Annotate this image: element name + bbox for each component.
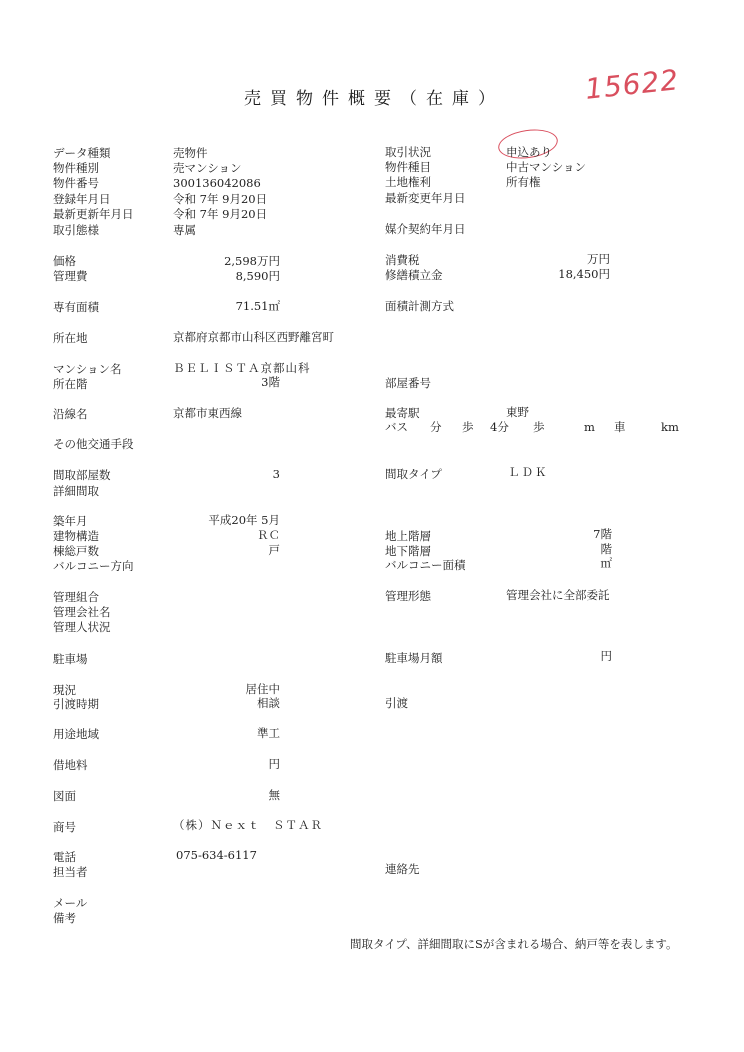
value-nearest-station: 東野 — [506, 405, 529, 419]
label-management-fee: 管理費 — [53, 269, 88, 283]
value-mansion-name: ＢＥＬＩＳＴＡ京都山科 — [173, 361, 311, 375]
handwritten-number: 15622 — [584, 63, 681, 106]
label-detail-layout: 詳細間取 — [53, 484, 99, 498]
label-handover: 引渡 — [385, 696, 408, 710]
label-balcony-dir: バルコニー方向 — [53, 559, 134, 573]
value-land-right: 所有権 — [506, 175, 541, 189]
value-structure: ＲＣ — [180, 528, 280, 542]
value-total-units: 戸 — [180, 543, 280, 557]
label-latest-change: 最新変更年月日 — [385, 191, 466, 205]
label-updated-date: 最新更新年月日 — [53, 207, 134, 221]
label-mail: メール — [53, 896, 87, 910]
label-brokerage-date: 媒介契約年月日 — [385, 222, 466, 236]
label-drawing: 図面 — [53, 789, 76, 803]
value-current-status: 居住中 — [180, 682, 280, 696]
value-zoning: 準工 — [180, 726, 280, 740]
label-current-status: 現況 — [53, 683, 76, 697]
value-deal-form: 専属 — [173, 223, 196, 237]
label-exclusive-area: 専有面積 — [53, 300, 99, 314]
access-km: km — [661, 420, 679, 434]
access-walk1: 歩 — [462, 420, 474, 434]
label-consumption-tax: 消費税 — [385, 253, 420, 267]
label-built: 築年月 — [53, 514, 88, 528]
label-registered-date: 登録年月日 — [53, 192, 111, 206]
value-management-fee: 8,590円 — [180, 269, 280, 283]
label-deal-status: 取引状況 — [385, 145, 431, 159]
value-handover-time: 相談 — [180, 696, 280, 710]
label-repair-reserve: 修繕積立金 — [385, 268, 443, 282]
label-room-count: 間取部屋数 — [53, 468, 111, 482]
label-handover-time: 引渡時期 — [53, 697, 99, 711]
value-consumption-tax: 万円 — [500, 252, 610, 266]
label-layout-type: 間取タイプ — [385, 467, 442, 481]
label-other-transport: その他交通手段 — [53, 437, 134, 451]
label-deal-form: 取引態様 — [53, 223, 99, 237]
label-mgmt-form: 管理形態 — [385, 589, 431, 603]
label-mgmt-company: 管理会社名 — [53, 605, 111, 619]
value-property-kind: 売マンション — [173, 161, 241, 175]
access-walk-min: 4分 — [490, 420, 509, 434]
label-manager-status: 管理人状況 — [53, 620, 111, 634]
value-built: 平成20年 5月 — [180, 513, 280, 527]
label-mgmt-union: 管理組合 — [53, 590, 99, 604]
value-exclusive-area: 71.51㎡ — [180, 299, 280, 313]
value-floor: 3階 — [180, 375, 280, 389]
label-above-floors: 地上階層 — [385, 529, 431, 543]
label-parking: 駐車場 — [53, 652, 88, 666]
label-area-method: 面積計測方式 — [385, 299, 454, 313]
label-balcony-area: バルコニー面積 — [385, 558, 466, 572]
value-above-floors: 7階 — [500, 527, 612, 541]
label-property-kind: 物件種別 — [53, 161, 99, 175]
value-parking-fee: 円 — [500, 649, 612, 663]
label-remarks: 備考 — [53, 911, 76, 925]
footer-note: 間取タイプ、詳細間取にSが含まれる場合、納戸等を表します。 — [350, 937, 677, 951]
label-room-no: 部屋番号 — [385, 376, 431, 390]
label-below-floors: 地下階層 — [385, 544, 431, 558]
label-location: 所在地 — [53, 331, 88, 345]
label-price: 価格 — [53, 254, 76, 268]
label-phone: 電話 — [53, 850, 76, 864]
label-property-no: 物件番号 — [53, 176, 99, 190]
label-contact: 連絡先 — [385, 862, 420, 876]
label-data-type: データ種類 — [53, 146, 111, 160]
label-land-rent: 借地料 — [53, 758, 88, 772]
label-company: 商号 — [53, 820, 76, 834]
label-nearest-station: 最寄駅 — [385, 406, 420, 420]
access-bus-min: 分 — [430, 420, 442, 434]
value-deal-status: 申込あり — [506, 145, 552, 159]
access-bus: バス — [385, 420, 408, 434]
label-zoning: 用途地域 — [53, 727, 99, 741]
label-property-item: 物件種目 — [385, 160, 431, 174]
value-land-rent: 円 — [180, 757, 280, 771]
value-below-floors: 階 — [500, 542, 612, 556]
label-person: 担当者 — [53, 865, 88, 879]
access-m: m — [584, 420, 595, 434]
value-line-name: 京都市東西線 — [173, 406, 242, 420]
value-room-count: 3 — [180, 467, 280, 481]
label-land-right: 土地権利 — [385, 175, 431, 189]
label-structure: 建物構造 — [53, 529, 99, 543]
value-property-no: 300136042086 — [173, 176, 261, 190]
value-price: 2,598万円 — [180, 254, 280, 268]
value-updated-date: 令和 7年 9月20日 — [173, 207, 267, 221]
value-drawing: 無 — [180, 788, 280, 802]
label-total-units: 棟総戸数 — [53, 544, 99, 558]
value-layout-type: ＬＤＫ — [508, 465, 549, 479]
label-parking-fee: 駐車場月額 — [385, 651, 443, 665]
value-registered-date: 令和 7年 9月20日 — [173, 192, 267, 206]
value-company: （株）Ｎｅｘｔ ＳＴＡＲ — [173, 818, 323, 832]
value-data-type: 売物件 — [173, 146, 208, 160]
page-title: 売買物件概要（在庫） — [244, 84, 504, 109]
value-balcony-area: ㎡ — [500, 556, 612, 570]
value-location: 京都府京都市山科区西野離宮町 — [173, 330, 334, 344]
label-floor: 所在階 — [53, 377, 88, 391]
value-mgmt-form: 管理会社に全部委託 — [506, 588, 610, 602]
value-property-item: 中古マンション — [506, 160, 586, 174]
access-walk2: 歩 — [533, 420, 545, 434]
label-line-name: 沿線名 — [53, 407, 88, 421]
access-car: 車 — [614, 420, 626, 434]
label-mansion-name: マンション名 — [53, 362, 121, 376]
value-repair-reserve: 18,450円 — [500, 267, 610, 281]
value-phone: 075-634-6117 — [176, 848, 257, 862]
